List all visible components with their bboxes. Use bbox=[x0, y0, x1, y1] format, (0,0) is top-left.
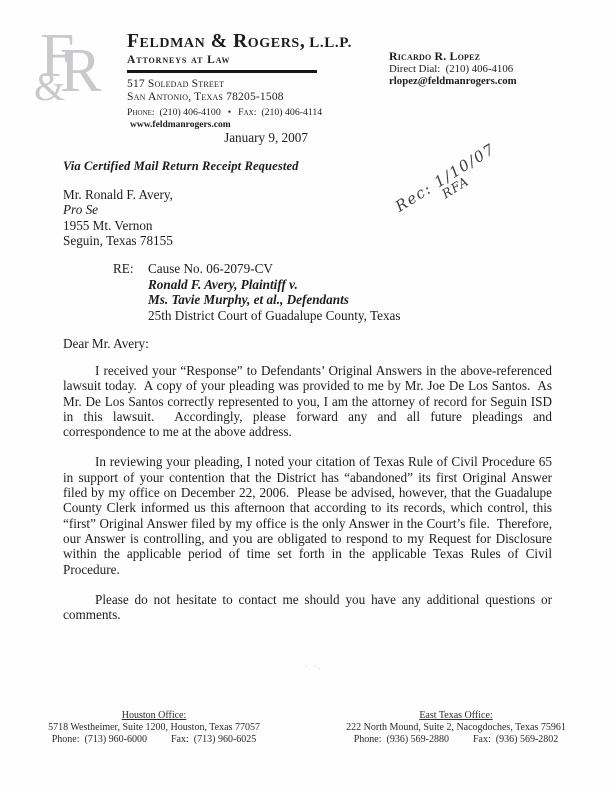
bullet-separator: • bbox=[228, 107, 231, 118]
body-paragraph-2: In reviewing your pleading, I noted your… bbox=[63, 454, 552, 576]
re-cause-number: Cause No. 06-2079-CV bbox=[148, 261, 401, 277]
houston-office-address: 5718 Westheimer, Suite 1200, Houston, Te… bbox=[8, 722, 300, 733]
scan-artifact-dots: · ·. bbox=[305, 662, 322, 671]
houston-office-phone-row: Phone: (713) 960-6000 Fax: (713) 960-602… bbox=[8, 734, 300, 745]
letterhead-divider-rule bbox=[127, 70, 317, 73]
re-plaintiff: Ronald F. Avery, Plaintiff v. bbox=[148, 277, 401, 293]
east-texas-office-fax: Fax: (936) 569-2802 bbox=[473, 734, 558, 745]
firm-street-address: 517 Soledad Street bbox=[127, 78, 352, 92]
houston-office-title: Houston Office: bbox=[8, 710, 300, 721]
logo-ampersand: & bbox=[34, 64, 65, 110]
delivery-method-line: Via Certified Mail Return Receipt Reques… bbox=[63, 159, 299, 174]
body-paragraph-1: I received your “Response” to Defendants… bbox=[63, 363, 552, 439]
letter-body: I received your “Response” to Defendants… bbox=[63, 363, 552, 637]
recipient-pro-se: Pro Se bbox=[63, 202, 173, 217]
re-lines: Cause No. 06-2079-CV Ronald F. Avery, Pl… bbox=[148, 261, 401, 323]
attorney-direct-dial: Direct Dial: (210) 406-4106 bbox=[389, 63, 517, 76]
footer-houston-office: Houston Office: 5718 Westheimer, Suite 1… bbox=[8, 710, 300, 745]
east-texas-office-phone: Phone: (936) 569-2880 bbox=[354, 734, 449, 745]
firm-name-row: Feldman & Rogers, L.L.P. bbox=[127, 31, 352, 53]
logo-letter-r: R bbox=[60, 35, 101, 107]
firm-suffix: L.L.P. bbox=[309, 35, 352, 51]
re-defendants: Ms. Tavie Murphy, et al., Defendants bbox=[148, 292, 401, 308]
firm-city-address: San Antonio, Texas 78205-1508 bbox=[127, 91, 352, 105]
houston-office-phone: Phone: (713) 960-6000 bbox=[52, 734, 147, 745]
firm-monogram-logo: F R & bbox=[34, 20, 114, 112]
footer-east-texas-office: East Texas Office: 222 North Mound, Suit… bbox=[310, 710, 602, 745]
salutation: Dear Mr. Avery: bbox=[63, 336, 149, 352]
letter-page: F R & Feldman & Rogers, L.L.P. Attorneys… bbox=[0, 0, 612, 792]
recipient-street: 1955 Mt. Vernon bbox=[63, 218, 173, 233]
east-texas-office-address: 222 North Mound, Suite 2, Nacogdoches, T… bbox=[310, 722, 602, 733]
re-label: RE: bbox=[113, 261, 148, 323]
re-court: 25th District Court of Guadalupe County,… bbox=[148, 308, 401, 324]
firm-phone: Phone: (210) 406-4100 bbox=[127, 107, 221, 118]
letter-date: January 9, 2007 bbox=[0, 130, 532, 146]
letterhead-firm-block: Feldman & Rogers, L.L.P. Attorneys at La… bbox=[127, 31, 352, 130]
recipient-address-block: Mr. Ronald F. Avery, Pro Se 1955 Mt. Ver… bbox=[63, 187, 173, 248]
body-paragraph-3: Please do not hesitate to contact me sho… bbox=[63, 592, 552, 623]
east-texas-office-phone-row: Phone: (936) 569-2880 Fax: (936) 569-280… bbox=[310, 734, 602, 745]
firm-tagline: Attorneys at Law bbox=[127, 54, 352, 66]
firm-fax: Fax: (210) 406-4114 bbox=[238, 107, 322, 118]
firm-phone-fax-row: Phone: (210) 406-4100 • Fax: (210) 406-4… bbox=[127, 107, 352, 118]
firm-website: www.feldmanrogers.com bbox=[127, 120, 352, 130]
houston-office-fax: Fax: (713) 960-6025 bbox=[171, 734, 256, 745]
re-subject-block: RE: Cause No. 06-2079-CV Ronald F. Avery… bbox=[113, 261, 401, 323]
attorney-name: Ricardo R. Lopez bbox=[389, 50, 517, 63]
east-texas-office-title: East Texas Office: bbox=[310, 710, 602, 721]
handwritten-received-note: Rec: 1/10/07 RFA bbox=[392, 140, 505, 226]
attorney-email: rlopez@feldmanrogers.com bbox=[389, 75, 517, 88]
recipient-name: Mr. Ronald F. Avery, bbox=[63, 187, 173, 202]
firm-name: Feldman & Rogers, bbox=[127, 31, 305, 52]
recipient-city: Seguin, Texas 78155 bbox=[63, 233, 173, 248]
attorney-contact-block: Ricardo R. Lopez Direct Dial: (210) 406-… bbox=[389, 50, 517, 88]
